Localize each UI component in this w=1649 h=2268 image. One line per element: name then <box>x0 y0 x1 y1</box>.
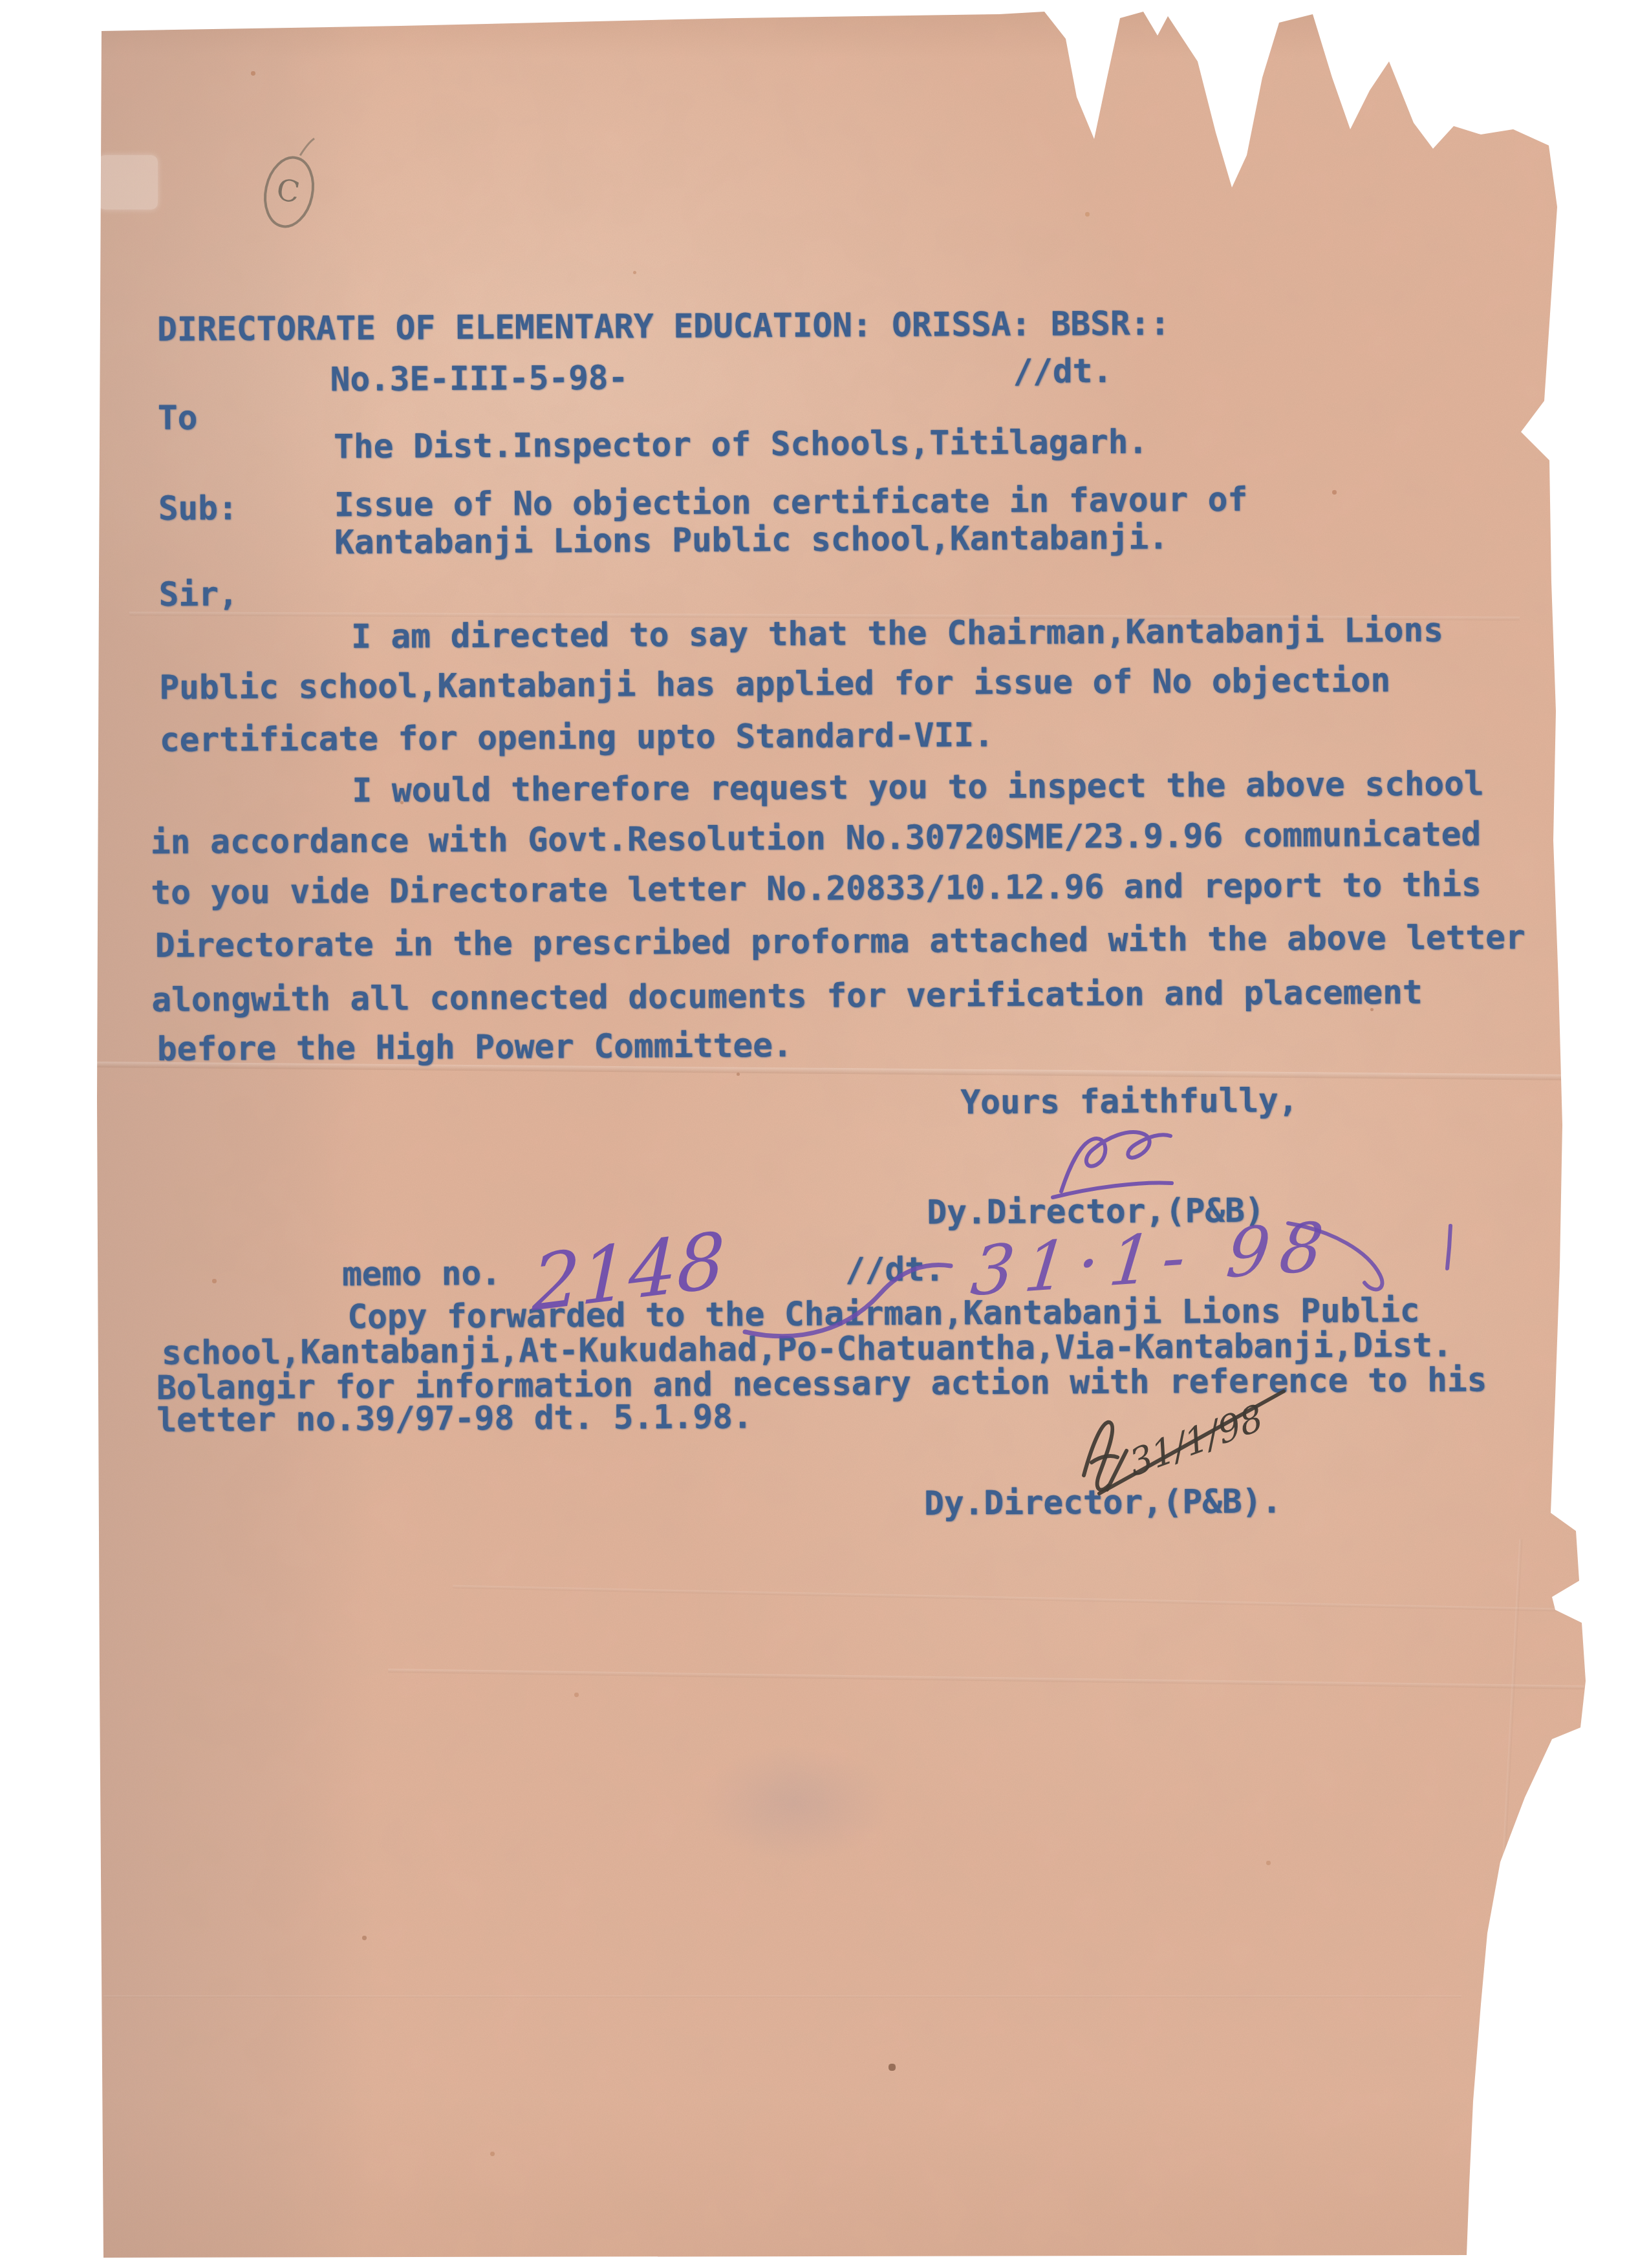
para1-line-2: Public school,Kantabanji has applied for… <box>159 663 1390 707</box>
para1-line-3: certificate for opening upto Standard-VI… <box>160 718 994 759</box>
memo-date-label: //dt. <box>845 1252 945 1289</box>
para2-line-6: before the High Power Committee. <box>157 1028 793 1068</box>
scanned-letter: DIRECTORATE OF ELEMENTARY EDUCATION: ORI… <box>0 0 1649 2268</box>
para2-line-2: in accordance with Govt.Resolution No.30… <box>151 817 1482 861</box>
to-label: To <box>158 400 198 436</box>
recipient-line: The Dist.Inspector of Schools,Titilagarh… <box>334 425 1148 466</box>
copy-line-4: letter no.39/97-98 dt. 5.1.98. <box>156 1399 752 1439</box>
letter-header: DIRECTORATE OF ELEMENTARY EDUCATION: ORI… <box>157 306 1170 348</box>
reference-number: No.3E-III-5-98- <box>330 360 628 398</box>
memo-no-label: memo no. <box>342 1256 501 1294</box>
subject-line-2: Kantabanji Lions Public school,Kantabanj… <box>334 520 1169 561</box>
para1-line-1: I am directed to say that the Chairman,K… <box>351 613 1443 656</box>
para2-line-3: to you vide Directorate letter No.20833/… <box>151 867 1482 912</box>
subject-label: Sub: <box>158 491 238 528</box>
paper-sheet: DIRECTORATE OF ELEMENTARY EDUCATION: ORI… <box>0 0 1649 2268</box>
para2-line-4: Directorate in the prescribed proforma a… <box>155 920 1525 965</box>
date-placeholder: //dt. <box>1013 354 1112 390</box>
salutation: Sir, <box>158 577 238 614</box>
para2-line-5: alongwith all connected documents for ve… <box>151 975 1422 1019</box>
typed-text-layer: DIRECTORATE OF ELEMENTARY EDUCATION: ORI… <box>0 0 1649 2268</box>
subject-line-1: Issue of No objection certificate in fav… <box>334 482 1248 524</box>
scanner-edge-strip <box>1630 102 1647 2048</box>
para2-line-1: I would therefore request you to inspect… <box>352 766 1483 809</box>
closing: Yours faithfully, <box>960 1083 1298 1121</box>
signatory-2: Dy.Director,(P&B). <box>924 1484 1282 1522</box>
paper-specks <box>0 0 2 2</box>
